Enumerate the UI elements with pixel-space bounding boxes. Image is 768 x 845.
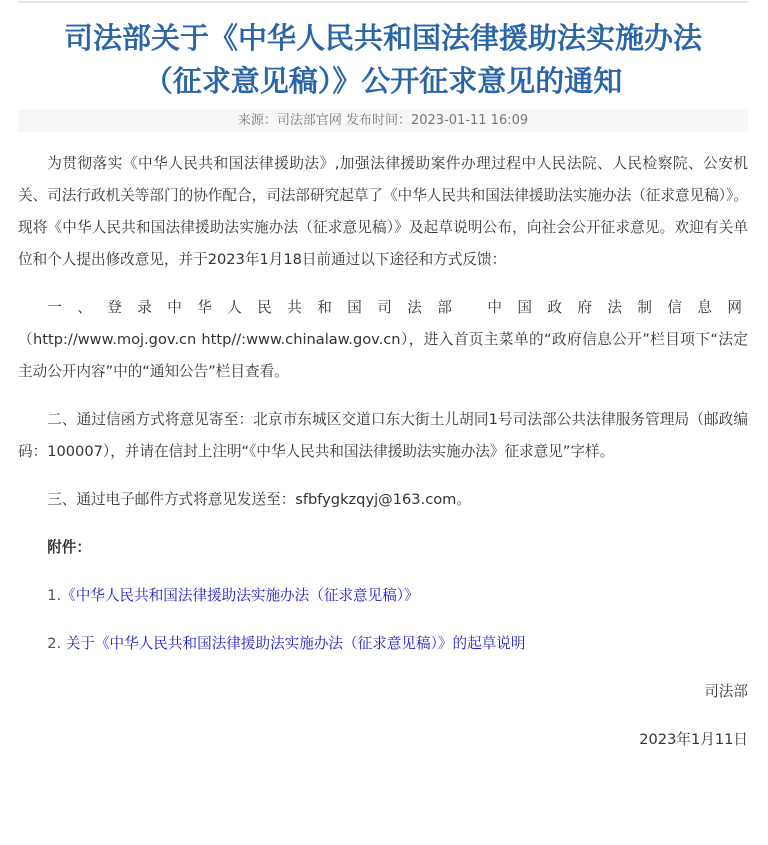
method-2-paragraph: 二、通过信函方式将意见寄至：北京市东城区交道口东大街土儿胡同1号司法部公共法律服… [18,404,748,468]
attachment-number: 2. [47,635,61,652]
method-1-rest: （http://www.moj.gov.cn http//:www.chinal… [18,324,748,388]
signature-date: 2023年1月11日 [18,724,748,756]
attachment-item-2: 2. 关于《中华人民共和国法律援助法实施办法（征求意见稿）》的起草说明 [18,628,748,660]
page-title: 司法部关于《中华人民共和国法律援助法实施办法 （征求意见稿）》公开征求意见的通知 [18,17,748,103]
attachment-number: 1. [47,587,61,604]
top-divider [18,1,748,3]
article-page: 司法部关于《中华人民共和国法律援助法实施办法 （征求意见稿）》公开征求意见的通知… [18,1,748,756]
attachment-item-1: 1.《中华人民共和国法律援助法实施办法（征求意见稿）》 [18,580,748,612]
signature-org: 司法部 [18,676,748,708]
method-3-paragraph: 三、通过电子邮件方式将意见发送至：sfbfygkzqyj@163.com。 [18,484,748,516]
attachment-link-2[interactable]: 关于《中华人民共和国法律援助法实施办法（征求意见稿）》的起草说明 [66,635,526,652]
method-1-paragraph: 一、登录中华人民共和国司法部 中国政府法制信息网（http://www.moj.… [18,292,748,388]
intro-paragraph: 为贯彻落实《中华人民共和国法律援助法》,加强法律援助案件办理过程中人民法院、人民… [18,148,748,276]
title-line-2: （征求意见稿）》公开征求意见的通知 [18,60,748,103]
title-line-1: 司法部关于《中华人民共和国法律援助法实施办法 [18,17,748,60]
attachments-heading: 附件： [18,532,748,564]
article-body: 为贯彻落实《中华人民共和国法律援助法》,加强法律援助案件办理过程中人民法院、人民… [18,148,748,756]
method-1-line-1: 一、登录中华人民共和国司法部 中国政府法制信息网 [18,292,748,324]
source-meta-bar: 来源：司法部官网 发布时间：2023-01-11 16:09 [18,109,748,132]
attachment-link-1[interactable]: 《中华人民共和国法律援助法实施办法（征求意见稿）》 [61,587,419,604]
